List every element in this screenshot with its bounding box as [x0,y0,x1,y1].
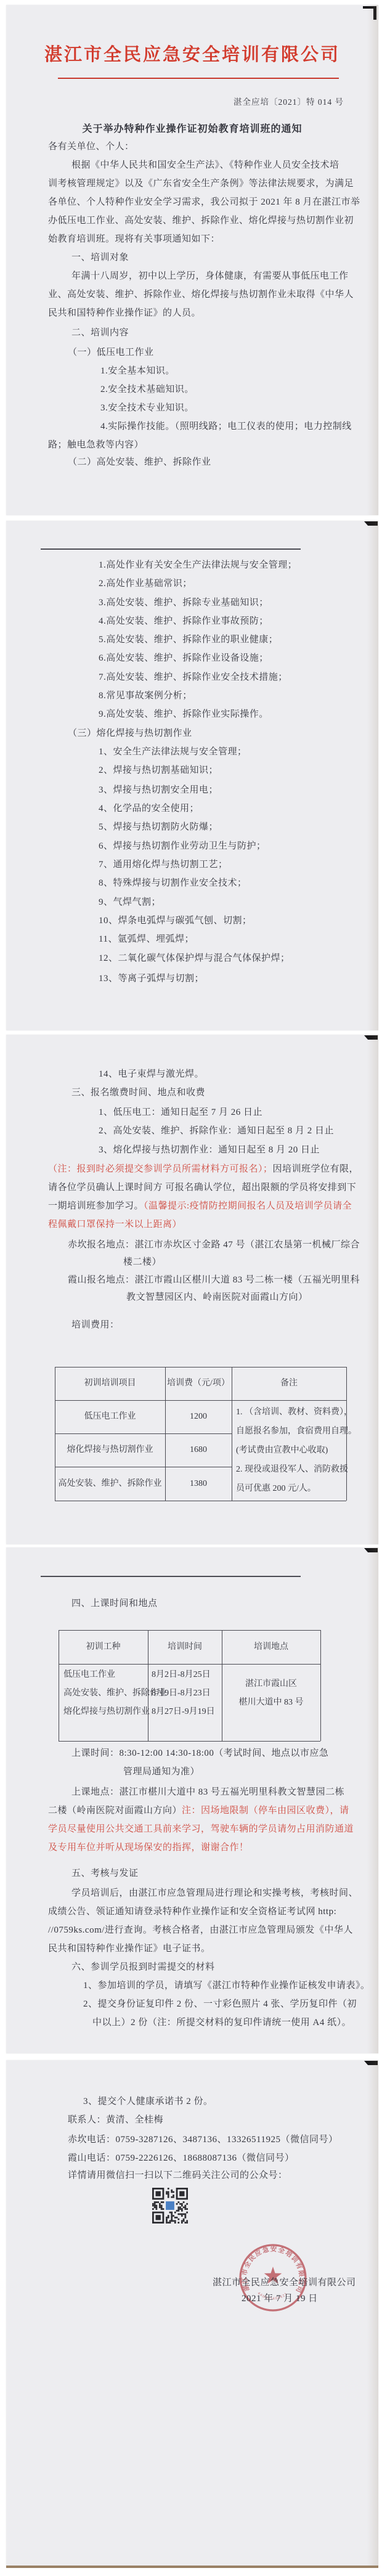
text-span: 14、电子束焊与激光焊。 [99,1069,204,1079]
text-line: 管理局通知为准） [123,1763,200,1781]
table-cell: 8月9日-8月23日 [152,1688,222,1699]
page-corner-fold-icon [364,1548,378,1552]
text-span: 1、参加培训的学员，请填写《湛江市特种作业操作证核发申请表》。 [83,1981,370,1991]
text-span: 根据《中华人民共和国安全生产法》、《特种作业人员安全技术培 [71,160,339,170]
text-line: 1.高处作业有关安全生产法律法规与安全管理； [99,556,297,574]
text-line: （二）高处安装、维护、拆除作业 [68,453,211,471]
text-line: 1、安全生产法律法规与安全管理； [99,743,247,761]
text-line: 根据《中华人民共和国安全生产法》、《特种作业人员安全技术培 [71,156,339,174]
text-line: 11、氩弧焊、埋弧焊； [99,930,194,948]
page-corner-fold-icon [364,521,378,526]
table-cell: 8月2日-8月25日 [152,1669,222,1681]
text-span: 12、二氧化碳气体保护焊与混合气体保护焊； [99,953,290,963]
text-span: 各有关单位、个人： [48,142,134,152]
text-line: 成绩公告、领证通知请登录特种作业操作证和安全资格证考试网 http: [48,1902,336,1921]
text-line: 8.常见事故案例分析； [99,687,192,705]
text-span: 教文智慧园区内、岭南医院对面霞山方向） [126,1292,308,1302]
text-span: 3、提交个人健康承诺书 2 份。 [83,2097,213,2106]
table-border [55,1400,346,1401]
text-line: 1、低压电工：通知日起至 7 月 26 日止 [99,1103,262,1122]
text-line: 2、高处安装、维护、拆除作业：通知日起至 8 月 2 日止 [99,1122,334,1140]
text-span: 赤坎报名地点：湛江市赤坎区寸金路 47 号（湛江农垦第一机械厂综合 [68,1240,360,1250]
text-line: 1、参加培训的学员，请填写《湛江市特种作业操作证核发申请表》。 [83,1976,370,1995]
text-line: 五、考核与发证 [71,1864,139,1883]
text-span: 2021 年 7 月 19 日 [242,2294,318,2304]
text-line: 训考核管理规定》以及《广东省安全生产条例》等法律法规要求，为满足 [48,174,354,193]
table-border [59,1630,320,1631]
text-span: 3.安全技术专业知识。 [100,403,194,413]
text-span: 三、报名缴费时间、地点和收费 [71,1088,205,1098]
text-span: 四、上课时间和地点 [71,1599,158,1608]
text-line: 学员尽量使用公共交通工具前来学习，驾驶车辆的学员请勿占用消防通道 [48,1820,354,1838]
text-span: 7、通用熔化焊与热切割工艺； [99,860,228,870]
text-span: 学员尽量使用公共交通工具前来学习，驾驶车辆的学员请勿占用消防通道 [48,1824,354,1834]
table-border [320,1630,321,1741]
table-cell: 1. （含培训、教材、资料费）， [236,1407,344,1418]
text-span: 3.高处安装、维护、拆除专业基础知识； [99,598,269,608]
text-line: 3、提交个人健康承诺书 2 份。 [83,2092,213,2111]
text-line: 8、特殊焊接与切割作业安全技术； [99,874,247,892]
text-span: （一）低压电工作业 [68,348,154,357]
text-span: （二）高处安装、维护、拆除作业 [68,457,211,467]
text-span: 7.高处安装、维护、拆除作业安全技术措施； [99,672,288,682]
table-border [55,1367,346,1367]
text-span: 详情请用微信扫一扫以下二维码关注公司的公众号： [68,2170,288,2180]
text-line: 楼二楼） [123,1253,161,1271]
page-header-rule [41,548,301,550]
table-cell: 高处安装、维护、拆除作业 [63,1688,148,1699]
text-span: 9、气焊气割； [99,897,161,907]
text-span: 办低压电工作业、高处安装、维护、拆除作业、熔化焊接与热切割作业初 [48,216,354,226]
table-cell: 1200 [165,1411,232,1422]
text-span: 5、焊接与热切割防火防爆； [99,822,218,832]
text-span: 及专用车位并听从现场保安的指挥，谢谢合作！ [48,1843,249,1853]
text-line: 始教育培训班。现将有关事项通知如下： [48,230,220,248]
text-span: 民共和国特种作业操作证》电子证书。 [48,1944,211,1954]
text-span: 管理局通知为准） [123,1767,200,1777]
table-cell: 自愿报名参加，食宿费用自理。 [236,1426,344,1437]
table-cell: 湛江市霞山区 [222,1679,320,1690]
text-span: 成绩公告、领证通知请登录特种作业操作证和安全资格证考试网 http: [48,1907,336,1917]
text-line: 4.实际操作技能。（照明线路；电工仪表的使用；电力控制线 [100,417,352,436]
text-line: 6、焊接与热切割作业劳动卫生与防护； [99,837,266,855]
text-line: 各有关单位、个人： [48,137,134,156]
table-cell: (考试费由宣教中心收取) [236,1445,344,1456]
text-span: 二、培训内容 [71,328,129,338]
text-span: 请各位学员确认上课时间方 可报名确认学位，超出限额的学员将安排到下 [48,1183,356,1192]
text-span: 6.高处安装、维护、拆除作业设备设施； [99,653,269,663]
text-line: 请各位学员确认上课时间方 可报名确认学位，超出限额的学员将安排到下 [48,1178,356,1197]
text-line: 六、参训学员报到时需提交的材料 [71,1958,215,1976]
text-line: 赤坎电话：0759-3287126、3487136、13326511925（微信… [68,2130,338,2149]
text-span: 因培训班学位有限， [273,1164,359,1174]
table-cell: 员可优惠 200 元/人。 [236,1483,344,1494]
text-line: 及专用车位并听从现场保安的指挥，谢谢合作！ [48,1838,249,1857]
text-line: 三、报名缴费时间、地点和收费 [71,1083,205,1102]
text-span: 训考核管理规定》以及《广东省安全生产条例》等法律法规要求，为满足 [48,179,354,189]
text-line: （注：报到时必须提交参训学员所需材料方可报名）；因培训班学位有限， [48,1160,359,1178]
text-span: 4.实际操作技能。（照明线路；电工仪表的使用；电力控制线 [100,422,352,431]
text-span: 中以上）2 份（注：所提交材料的复印件请统一使用 A4 纸）。 [92,2018,351,2028]
text-span: 9.高处安装、维护、拆除作业实际操作。 [99,709,269,719]
page-corner-fold-icon [364,2061,378,2065]
table-cell: 高处安装、维护、拆除作业 [55,1478,165,1490]
text-line: 6.高处安装、维护、拆除作业设备设施； [99,649,269,667]
text-line: 路；触电急救等内容） [48,436,144,454]
text-span: （三）熔化焊接与热切割作业 [68,728,192,738]
page-bottom-edge [6,2566,378,2568]
text-line: 1.安全基本知识。 [100,362,175,380]
text-span: 各单位、个人特种作业安全学习需求，我公司拟于 2021 年 8 月在湛江市举 [48,197,360,207]
text-span: 路；触电急救等内容） [48,440,144,450]
text-span: 赤坎电话：0759-3287126、3487136、13326511925（微信… [68,2135,338,2145]
text-span: 2、焊接与热切割基础知识； [99,765,218,775]
text-span: 一期培训班参加学习。 [48,1201,144,1211]
text-span: （温馨提示:疫情防控期间报名人员及培训学员请全 [144,1201,352,1211]
text-line: 详情请用微信扫一扫以下二维码关注公司的公众号： [68,2166,288,2185]
text-line: 10、焊条电弧焊与碳弧气刨、切割； [99,911,252,930]
text-line: 学员培训后，由湛江市应急管理局进行理论和实操考核，考核时间、 [71,1884,358,1902]
text-line: 年满十八周岁，初中以上学历，身体健康，有需要从事低压电工作 [71,267,349,285]
table-cell: 培训地点 [222,1642,320,1653]
text-span: 2、高处安装、维护、拆除作业：通知日起至 8 月 2 日止 [99,1126,334,1136]
text-line: 赤坎报名地点：湛江市赤坎区寸金路 47 号（湛江农垦第一机械厂综合 [68,1236,360,1254]
text-span: 湛江市全民应急安全培训有限公司 [213,2278,356,2288]
text-line: 程佩戴口罩保持一米以上距离） [48,1215,182,1234]
text-span: 13、等离子弧焊与切割； [99,974,204,984]
table-cell: 熔化焊接与热切割作业 [55,1445,165,1456]
table-cell: 初训培训项目 [55,1378,165,1389]
text-span: 2.高处作业基础常识； [99,579,192,589]
table-cell: 培训时间 [148,1642,222,1653]
text-span: 业、高处安装、维护、拆除作业、熔化焊接与热切割作业未取得《中华人 [48,290,354,300]
text-span: 1.安全基本知识。 [100,366,175,376]
text-span: 霞山电话：0759-2226126、18688087136（微信同号） [68,2153,295,2163]
text-line: 培训费用： [71,1316,120,1334]
text-span: //0759ks.com/进行查询。考核合格者，由湛江市应急管理局颁发《中华人 [48,1925,353,1935]
text-line: 3、焊接与热切割安全用电； [99,781,218,799]
text-line: 一期培训班参加学习。（温馨提示:疫情防控期间报名人员及培训学员请全 [48,1197,352,1215]
text-span: 学员培训后，由湛江市应急管理局进行理论和实操考核，考核时间、 [71,1888,358,1898]
table-cell: 培训费（元/项） [165,1378,232,1389]
text-line: 中以上）2 份（注：所提交材料的复印件请统一使用 A4 纸）。 [92,2013,351,2032]
org-title: 湛江市全民应急安全培训有限公司 [6,41,378,66]
table-border [59,1664,320,1665]
table-cell: 8月27日-9月19日 [152,1706,222,1718]
text-line: 办低压电工作业、高处安装、维护、拆除作业、熔化焊接与热切割作业初 [48,211,354,230]
text-span: 6、焊接与热切割作业劳动卫生与防护； [99,841,266,851]
table-cell: 熔化焊接与热切割作业 [63,1706,148,1718]
table-cell: 2. 现役或退役军人、消防救援 [236,1464,344,1475]
text-line: 3.安全技术专业知识。 [100,399,194,417]
text-line: 12、二氧化碳气体保护焊与混合气体保护焊； [99,949,290,968]
text-span: 2、提交身份证复印件 2 份、一寸彩色照片 4 张、学历复印件（初 [83,1999,357,2009]
text-span: 一、培训对象 [71,253,129,263]
text-span: 8、特殊焊接与切割作业安全技术； [99,878,247,888]
text-line: 联系人：黄清、全桂梅 [68,2111,163,2129]
text-line: 教文智慧园区内、岭南医院对面霞山方向） [126,1288,308,1306]
text-line: 3、熔化焊接与热切割作业：通知日起至 8 月 20 日止 [99,1141,320,1159]
table-cell: 初训工种 [59,1642,148,1653]
table-cell: 1380 [165,1478,232,1490]
text-span: 年满十八周岁，初中以上学历，身体健康，有需要从事低压电工作 [71,271,349,281]
text-span: 2.安全技术基础知识。 [100,385,194,394]
table-border [55,1433,232,1434]
text-line: 2021 年 7 月 19 日 [242,2289,318,2308]
text-span: 注：因场地限制（停车由园区收费），请 [182,1806,349,1816]
text-span: 六、参训学员报到时需提交的材料 [71,1962,215,1972]
text-line: 7、通用熔化焊与热切割工艺； [99,855,228,874]
text-span: 1、低压电工：通知日起至 7 月 26 日止 [99,1107,262,1117]
notice-title: 关于举办特种作业操作证初始教育培训班的通知 [6,121,378,135]
header-red-rule [58,78,339,79]
text-line: 14、电子束焊与激光焊。 [99,1065,204,1083]
page-corner-fold-icon [364,1035,378,1040]
text-line: 9.高处安装、维护、拆除作业实际操作。 [99,705,269,723]
text-line: 民共和国特种作业操作证》的人员。 [48,304,201,322]
text-line: 3.高处安装、维护、拆除专业基础知识； [99,593,269,612]
page-header-rule [41,1576,301,1577]
text-span: 上课地点：湛江市椹川大道中 83 号五福光明里科教文智慧园二栋 [71,1787,344,1797]
text-span: 10、焊条电弧焊与碳弧气刨、切割； [99,916,252,926]
text-line: 霞山报名地点：湛江市霞山区椹川大道 83 号二栋一楼（五福光明里科 [68,1271,360,1289]
text-span: 上课时间：8:30-12:00 14:30-18:00（考试时间、地点以市应急 [71,1748,328,1758]
text-line: 四、上课时间和地点 [71,1594,158,1613]
text-line: 各单位、个人特种作业安全学习需求，我公司拟于 2021 年 8 月在湛江市举 [48,193,360,211]
text-span: 1、安全生产法律法规与安全管理； [99,747,247,757]
table-border [59,1741,320,1742]
text-span: 霞山报名地点：湛江市霞山区椹川大道 83 号二栋一楼（五福光明里科 [68,1275,360,1285]
text-span: 11、氩弧焊、埋弧焊； [99,934,194,944]
text-span: 3、熔化焊接与热切割作业：通知日起至 8 月 20 日止 [99,1145,320,1155]
text-span: 五、考核与发证 [71,1869,139,1878]
text-line: 业、高处安装、维护、拆除作业、熔化焊接与热切割作业未取得《中华人 [48,285,354,304]
table-cell: 备注 [232,1378,346,1389]
text-span: 二楼（岭南医院对面霞山方向） [48,1806,182,1816]
text-line: 5、焊接与热切割防火防爆； [99,818,218,836]
text-line: 2.安全技术基础知识。 [100,380,194,399]
text-span: 5.高处安装、维护、拆除作业的职业健康； [99,635,278,645]
text-line: 13、等离子弧焊与切割； [99,969,204,988]
text-line: 4、化学品的安全使用； [99,799,199,818]
text-span: 4.高处安装、维护、拆除作业事故预防； [99,616,269,626]
qr-code [152,2188,188,2223]
table-cell: 低压电工作业 [63,1669,148,1681]
text-line: 一、培训对象 [71,248,129,267]
text-span: 楼二楼） [123,1257,161,1267]
text-line: 5.高处安装、维护、拆除作业的职业健康； [99,630,278,649]
text-line: 2、焊接与热切割基础知识； [99,761,218,780]
text-span: 3、焊接与热切割安全用电； [99,785,218,795]
table-cell: 低压电工作业 [55,1411,165,1422]
table-cell: 1680 [165,1445,232,1456]
text-line: （三）熔化焊接与热切割作业 [68,724,192,743]
text-line: 2、提交身份证复印件 2 份、一寸彩色照片 4 张、学历复印件（初 [83,1995,357,2013]
text-span: 4、化学品的安全使用； [99,804,199,813]
text-line: 霞山电话：0759-2226126、18688087136（微信同号） [68,2149,295,2167]
text-line: //0759ks.com/进行查询。考核合格者，由湛江市应急管理局颁发《中华人 [48,1921,353,1939]
scanned-document: 湛江市全民应急安全培训有限公司 湛全应培〔2021〕特 014 号 关于举办特种… [0,0,382,2576]
text-span: 培训费用： [71,1320,120,1330]
table-border [55,1501,346,1501]
text-line: 上课地点：湛江市椹川大道中 83 号五福光明里科教文智慧园二栋 [71,1783,344,1801]
text-line: （一）低压电工作业 [68,343,154,362]
text-span: 程佩戴口罩保持一米以上距离） [48,1220,182,1229]
text-span: （注：报到时必须提交参训学员所需材料方可报名）； [48,1164,273,1174]
table-cell: 椹川大道中 83 号 [222,1697,320,1708]
text-line: 上课时间：8:30-12:00 14:30-18:00（考试时间、地点以市应急 [71,1744,328,1763]
text-line: 9、气焊气割； [99,893,161,911]
text-line: 二楼（岭南医院对面霞山方向）注：因场地限制（停车由园区收费），请 [48,1801,349,1820]
text-span: 民共和国特种作业操作证》的人员。 [48,308,201,318]
text-span: 始教育培训班。现将有关事项通知如下： [48,234,220,244]
table-border [55,1467,232,1467]
text-line: 2.高处作业基础常识； [99,574,192,593]
text-line: 7.高处安装、维护、拆除作业安全技术措施； [99,668,288,687]
text-span: 8.常见事故案例分析； [99,691,192,701]
text-line: 4.高处安装、维护、拆除作业事故预防； [99,612,269,630]
text-line: 民共和国特种作业操作证》电子证书。 [48,1939,211,1958]
doc-number: 湛全应培〔2021〕特 014 号 [234,95,344,107]
text-span: 1.高处作业有关安全生产法律法规与安全管理； [99,560,297,570]
page-corner-fold-icon [363,6,376,20]
text-span: 联系人：黄清、全桂梅 [68,2115,163,2125]
text-line: 二、培训内容 [71,324,129,342]
